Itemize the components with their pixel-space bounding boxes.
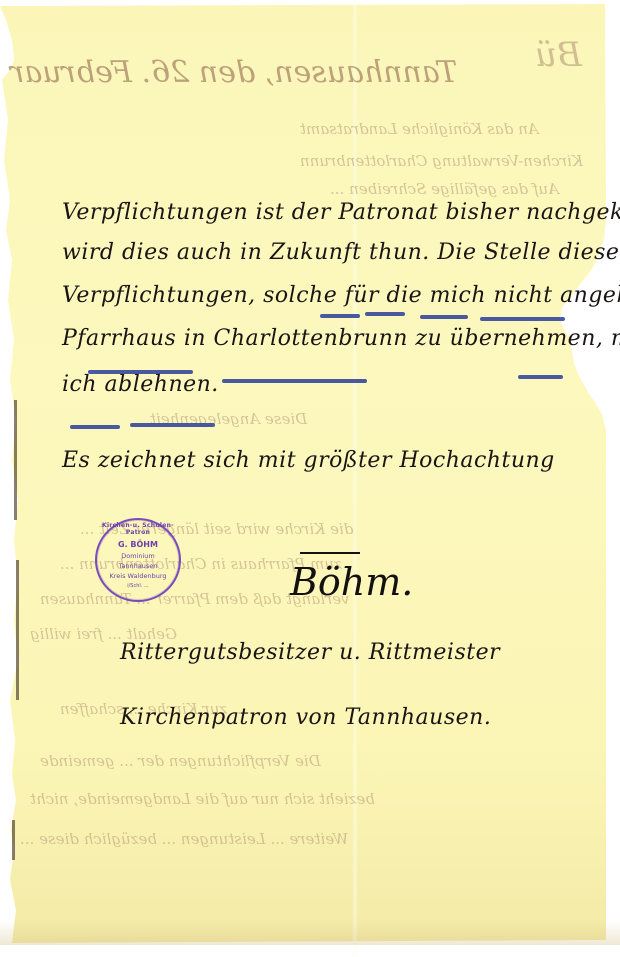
stamp-line: Kreis Waldenburg — [97, 572, 179, 580]
blue-underline — [420, 315, 468, 319]
bleed-through-line: Auf das gefällige Schreiben ... — [330, 180, 559, 198]
signature-flourish — [300, 552, 360, 554]
body-line: Verpflichtungen ist der Patronat bisher … — [62, 200, 620, 225]
blue-underline — [518, 375, 563, 379]
edge-burn-mark — [14, 400, 17, 520]
bleed-through-heading: Tannhausen, den 26. Februar — [10, 55, 457, 90]
paper-sheet — [0, 0, 620, 957]
edge-burn-mark — [12, 820, 15, 860]
paper-fold-line — [352, 0, 358, 957]
signature-title-line: Rittergutsbesitzer u. Rittmeister — [120, 640, 500, 665]
stamp-name: G. BÖHM — [97, 540, 179, 549]
stamp-line: i/Schl. ... — [97, 583, 179, 589]
stamp-ring-text: Kirchen-u. Schulen-Patron — [101, 522, 175, 536]
body-line: Verpflichtungen, solche für die mich nic… — [62, 283, 620, 308]
edge-burn-mark — [16, 560, 19, 700]
blue-underline — [222, 379, 367, 383]
bleed-through-line: bezieht sich nur auf die Landgemeinde, n… — [30, 790, 375, 808]
blue-underline — [480, 317, 565, 321]
official-stamp: Kirchen-u. Schulen-Patron G. BÖHM Domini… — [95, 518, 181, 602]
stamp-line: Dominium — [97, 552, 179, 560]
closing-line: Es zeichnet sich mit größter Hochachtung — [62, 448, 555, 473]
bleed-through-line: Die Verpflichtungen der ... gemeinde — [40, 752, 321, 770]
bleed-through-corner: Bü — [535, 35, 582, 75]
blue-underline — [88, 370, 193, 374]
signature: Böhm. — [290, 560, 413, 604]
paper-bottom-shadow — [0, 920, 620, 945]
blue-underline — [70, 425, 120, 429]
blue-underline — [320, 314, 360, 318]
scanned-letter-page: Tannhausen, den 26. Februar Bü An das Kö… — [0, 0, 620, 957]
bleed-through-line: Kirchen-Verwaltung Charlottenbrunn — [300, 152, 583, 170]
body-line: ich ablehnen. — [62, 372, 219, 397]
body-line: Pfarrhaus in Charlottenbrunn zu übernehm… — [62, 326, 620, 351]
blue-underline — [130, 423, 215, 427]
bleed-through-line: Weitere ... Leistungen ... bezüglich die… — [20, 830, 348, 848]
signature-title-line: Kirchenpatron von Tannhausen. — [120, 705, 491, 730]
stamp-line: Tannhausen — [97, 562, 179, 570]
body-line: wird dies auch in Zukunft thun. Die Stel… — [62, 240, 620, 265]
paper-hole — [563, 310, 577, 321]
bleed-through-line: An das Königliche Landratsamt — [300, 120, 539, 138]
blue-underline — [365, 312, 405, 316]
